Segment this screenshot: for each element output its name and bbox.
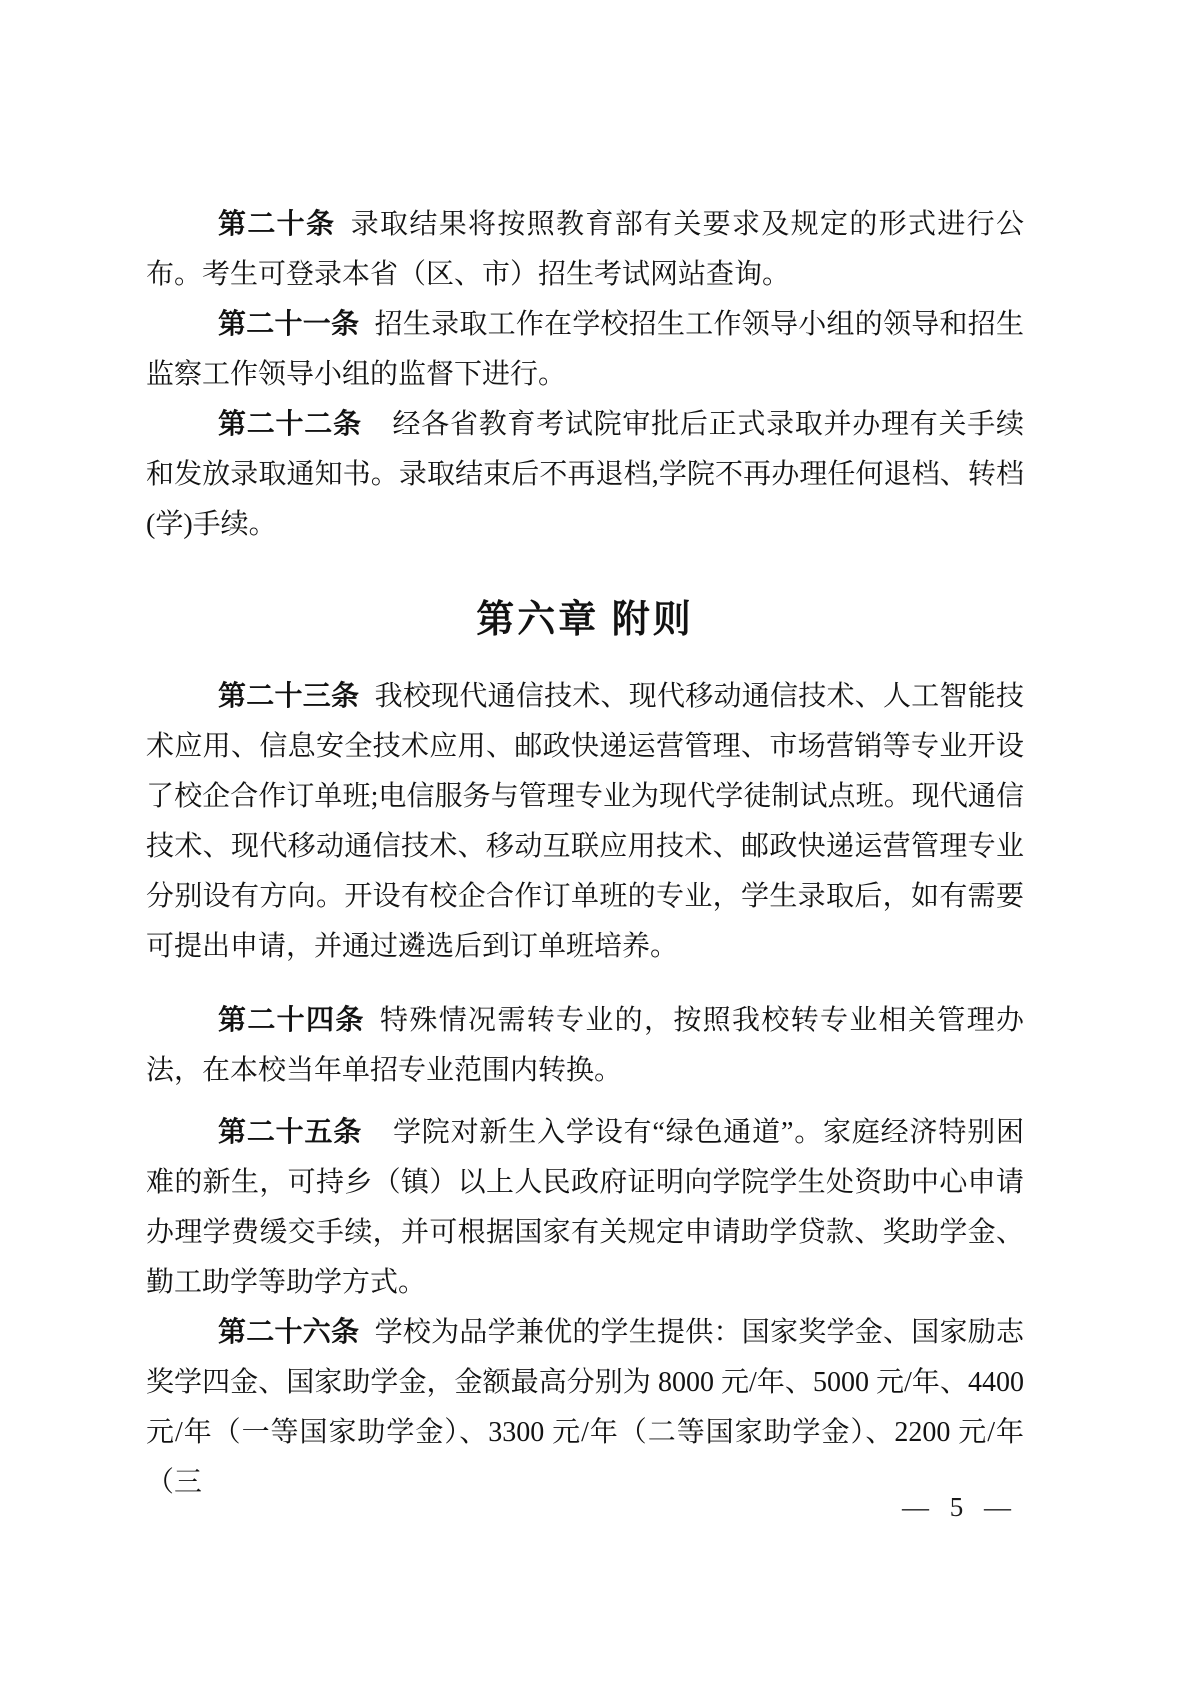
article-text: 我校现代通信技术、现代移动通信技术、人工智能技术应用、信息安全技术应用、邮政快递…: [146, 681, 1024, 962]
article-paragraph: 第二十六条学校为品学兼优的学生提供：国家奖学金、国家励志奖学四金、国家助学金，金…: [146, 1308, 1024, 1508]
article-paragraph: 第二十五条学院对新生入学设有“绿色通道”。家庭经济特别困难的新生，可持乡（镇）以…: [146, 1108, 1024, 1308]
article-number: 第二十三条: [218, 681, 359, 712]
article-paragraph: 第二十二条经各省教育考试院审批后正式录取并办理有关手续和发放录取通知书。录取结束…: [146, 400, 1024, 550]
page-number: — 5 —: [902, 1492, 1013, 1523]
document-page: 第二十条录取结果将按照教育部有关要求及规定的形式进行公布。考生可登录本省（区、市…: [0, 0, 1191, 1684]
article-paragraph: 第二十条录取结果将按照教育部有关要求及规定的形式进行公布。考生可登录本省（区、市…: [146, 200, 1024, 300]
article-number: 第二十六条: [218, 1317, 359, 1348]
articles-after-heading: 第二十三条我校现代通信技术、现代移动通信技术、人工智能技术应用、信息安全技术应用…: [146, 672, 1024, 1508]
article-number: 第二十四条: [218, 1005, 365, 1036]
article-number: 第二十条: [218, 209, 335, 240]
article-number: 第二十五条: [218, 1117, 362, 1148]
article-paragraph: 第二十一条招生录取工作在学校招生工作领导小组的领导和招生监察工作领导小组的监督下…: [146, 300, 1024, 400]
article-number: 第二十二条: [218, 409, 362, 440]
article-number: 第二十一条: [218, 309, 359, 340]
article-paragraph: 第二十四条特殊情况需转专业的，按照我校转专业相关管理办法，在本校当年单招专业范围…: [146, 996, 1024, 1096]
document-content: 第二十条录取结果将按照教育部有关要求及规定的形式进行公布。考生可登录本省（区、市…: [146, 200, 1024, 1508]
chapter-heading: 第六章 附则: [146, 596, 1024, 644]
article-paragraph: 第二十三条我校现代通信技术、现代移动通信技术、人工智能技术应用、信息安全技术应用…: [146, 672, 1024, 972]
articles-before-heading: 第二十条录取结果将按照教育部有关要求及规定的形式进行公布。考生可登录本省（区、市…: [146, 200, 1024, 550]
